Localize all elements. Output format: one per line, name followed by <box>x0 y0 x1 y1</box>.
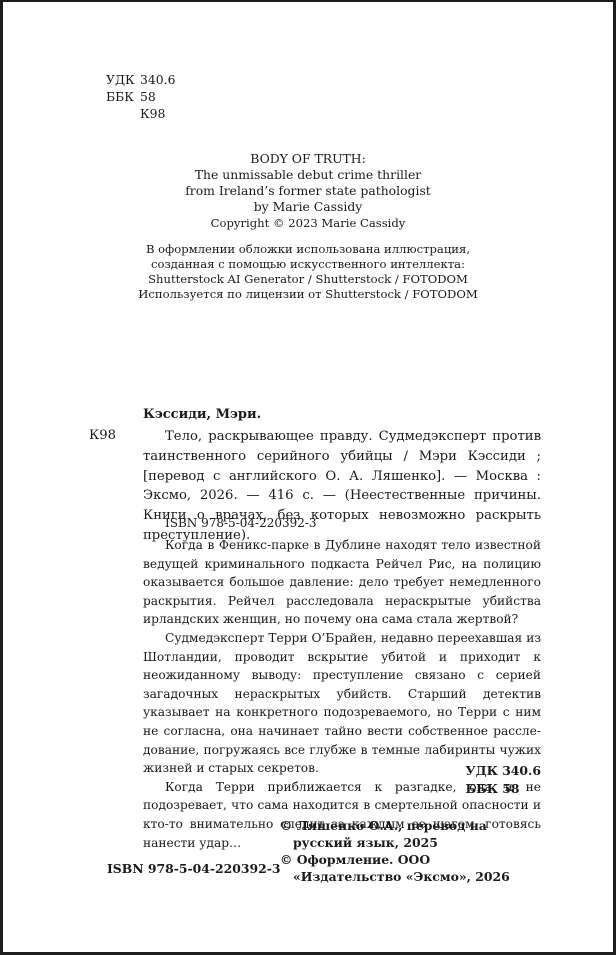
original-author: by Marie Cassidy <box>3 199 613 215</box>
udk-value: 340.6 <box>140 72 175 87</box>
original-copyright: Copyright © 2023 Marie Cassidy <box>3 215 613 231</box>
original-subtitle-1: The unmissable debut crime thriller <box>3 167 613 183</box>
udk-line: УДК 340.6 <box>106 72 175 87</box>
copyright-design: © Оформление. ООО «Издательство «Эксмо»,… <box>280 851 535 885</box>
annotation-block: Когда в Феникс-парке в Дублине находят т… <box>143 536 541 852</box>
copyright-translation: © Ляшенко О.А., перевод на русский язык,… <box>280 817 535 851</box>
author-mark-side: К98 <box>89 428 116 443</box>
cover-notice-line-3: Shutterstock AI Generator / Shutterstock… <box>3 272 613 287</box>
cover-notice-line-1: В оформлении обложки использована иллюст… <box>3 242 613 257</box>
classification-block: УДК 340.6 ББК 58 К98 <box>106 72 175 121</box>
cover-notice-line-4: Используется по лицензии от Shutterstock… <box>3 287 613 302</box>
footer-bbk: ББК 58 <box>466 780 541 798</box>
footer-classification: УДК 340.6 ББК 58 <box>466 762 541 798</box>
cover-notice-line-2: созданная с помощью искусственного интел… <box>3 257 613 272</box>
bbk-label: ББК <box>106 89 140 104</box>
author-mark: К98 <box>140 106 165 121</box>
bottom-isbn: ISBN 978-5-04-220392-3 <box>107 861 281 876</box>
imprint-page: УДК 340.6 ББК 58 К98 BODY OF TRUTH: The … <box>3 2 613 952</box>
original-edition-block: BODY OF TRUTH: The unmissable debut crim… <box>3 151 613 231</box>
copyright-block: © Ляшенко О.А., перевод на русский язык,… <box>280 817 535 885</box>
author-mark-line: К98 <box>106 106 175 121</box>
bbk-value: 58 <box>140 89 156 104</box>
isbn-record: ISBN 978-5-04-220392-3 <box>165 516 317 530</box>
bbk-line: ББК 58 <box>106 89 175 104</box>
annotation-paragraph: Когда в Феникс-парке в Дублине находят т… <box>143 536 541 629</box>
original-title: BODY OF TRUTH: <box>3 151 613 167</box>
footer-udk: УДК 340.6 <box>466 762 541 780</box>
author-heading: Кэссиди, Мэри. <box>143 407 261 422</box>
original-subtitle-2: from Ireland’s former state pathologist <box>3 183 613 199</box>
annotation-paragraph: Судмедэксперт Терри О’Брайен, недавно пе… <box>143 629 541 778</box>
udk-label: УДК <box>106 72 140 87</box>
cover-notice-block: В оформлении обложки использована иллюст… <box>3 242 613 302</box>
